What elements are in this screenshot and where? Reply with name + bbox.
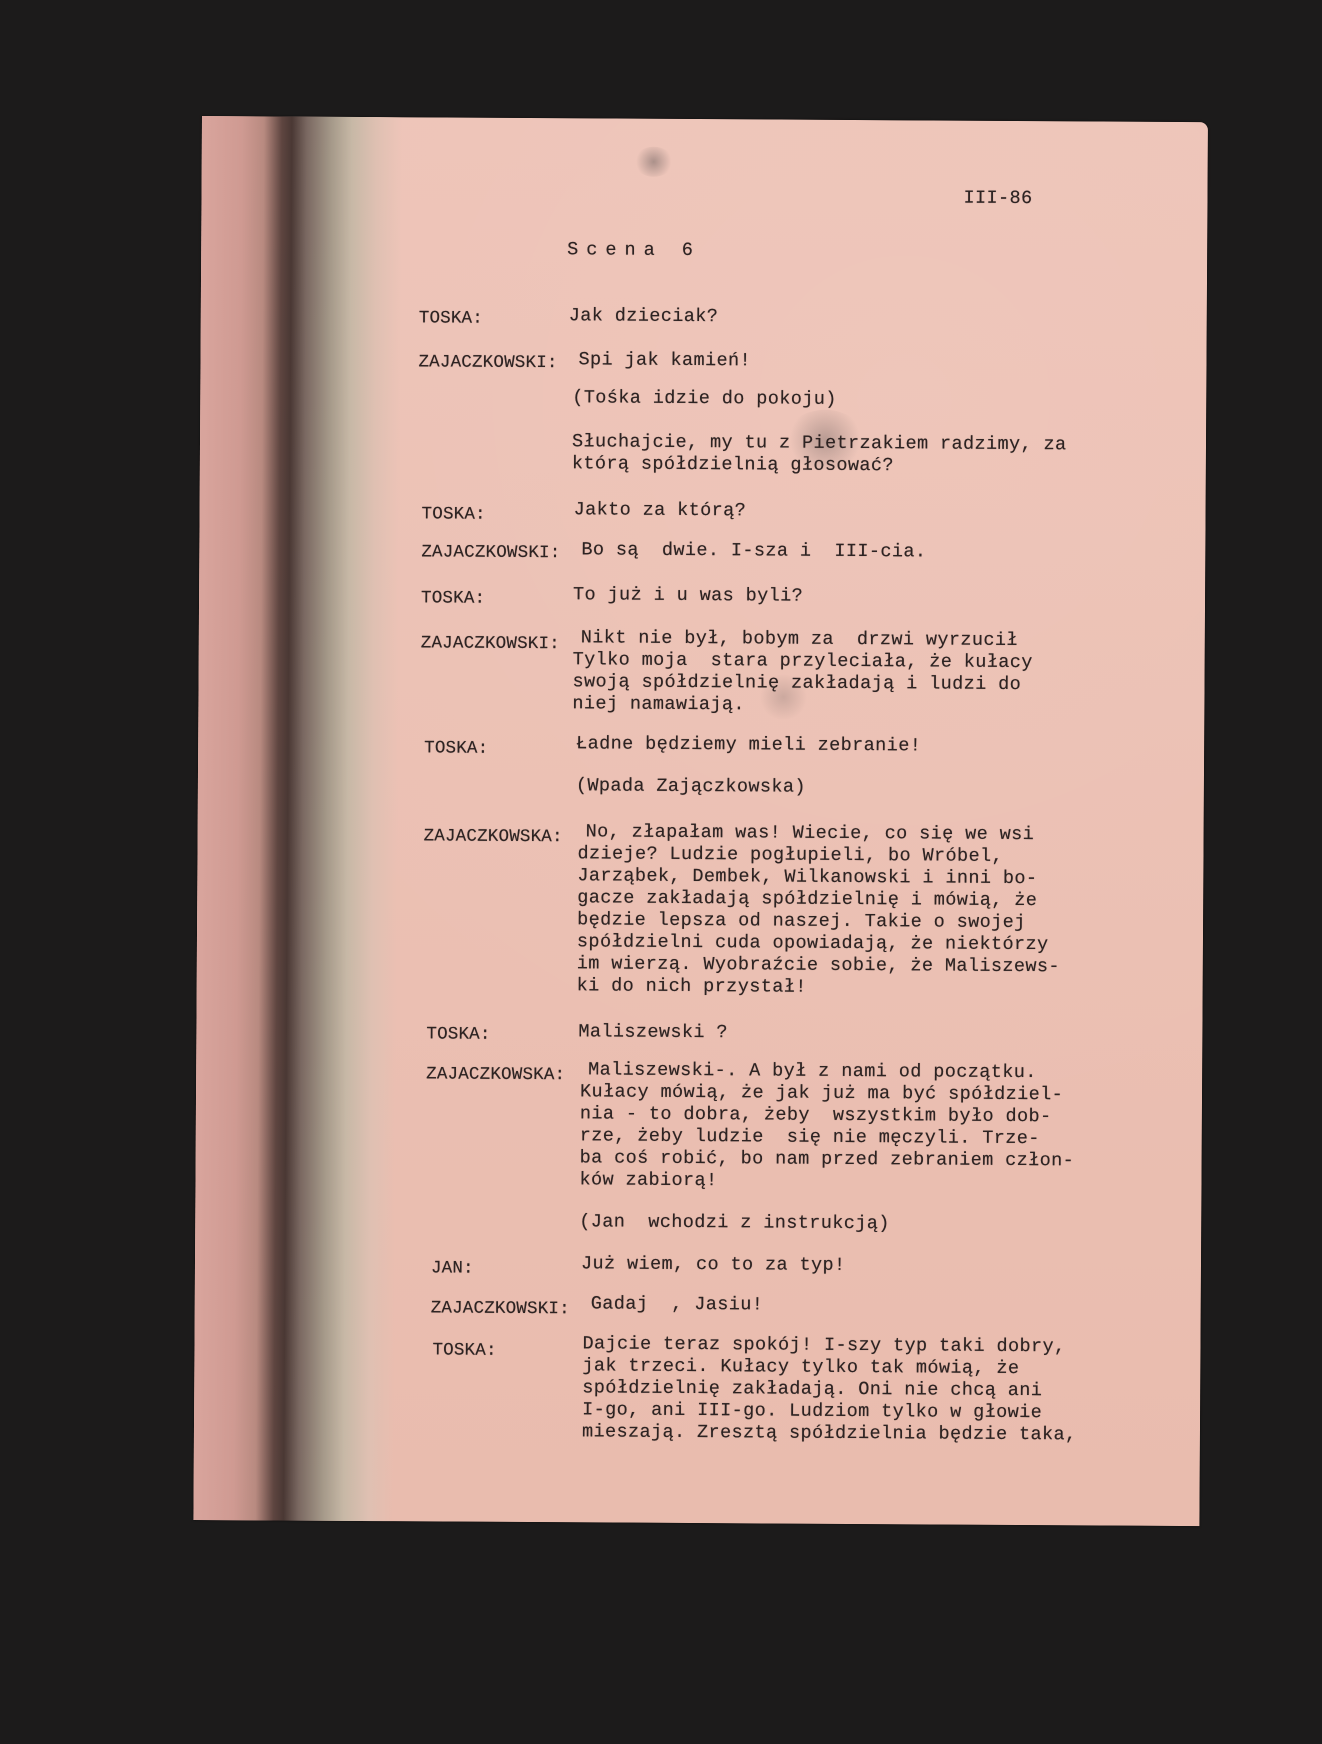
dialogue-line: Jakto za którą? [574, 498, 747, 522]
speaker-label: ZAJACZKOWSKI: [431, 1297, 570, 1321]
stage-direction: (Tośka idzie do pokoju) [572, 386, 837, 411]
dialogue-line: mieszają. Zresztą spółdzielnia będzie ta… [582, 1420, 1077, 1446]
speaker-label: ZAJACZKOWSKA: [426, 1063, 565, 1087]
dialogue-line: Gadaj , Jasiu! [591, 1292, 764, 1316]
page-number: III-86 [963, 187, 1032, 210]
speaker-label: TOSKA: [421, 503, 485, 526]
speaker-label: TOSKA: [426, 1023, 490, 1046]
dialogue-line: ków zabiorą! [579, 1168, 717, 1192]
speaker-label: TOSKA: [419, 307, 483, 330]
dialogue-line: Już wiem, co to za typ! [581, 1252, 846, 1277]
stage-direction: (Wpada Zajączkowska) [576, 774, 806, 798]
dialogue-line: niej namawiają. [572, 692, 745, 716]
dialogue-line: Maliszewski ? [578, 1020, 728, 1044]
speaker-label: ZAJACZKOWSKA: [424, 825, 563, 849]
speaker-label: TOSKA: [432, 1339, 496, 1362]
speaker-label: TOSKA: [421, 587, 485, 610]
stage-direction: (Jan wchodzi z instrukcją) [579, 1210, 890, 1235]
binding-shadow [193, 116, 402, 1521]
speaker-label: JAN: [431, 1257, 474, 1280]
speaker-label: TOSKA: [424, 737, 488, 760]
speaker-label: ZAJACZKOWSKI: [421, 632, 560, 656]
typewritten-page: III-86 Scena 6 TOSKA: Jak dzieciak? ZAJA… [193, 116, 1208, 1526]
scene-title: Scena 6 [567, 238, 701, 262]
dialogue-line: Spi jak kamień! [578, 348, 751, 372]
speaker-label: ZAJACZKOWSKI: [421, 541, 560, 565]
dialogue-line: ki do nich przystał! [577, 974, 807, 998]
dialogue-line: Ładne będziemy mieli zebranie! [576, 732, 921, 757]
dialogue-line: To już i u was byli? [573, 583, 803, 607]
ink-smudge [634, 147, 674, 177]
dialogue-line: Jak dzieciak? [569, 304, 719, 328]
dialogue-line: Bo są dwie. I-sza i III-cia. [581, 538, 926, 563]
speaker-label: ZAJACZKOWSKI: [418, 351, 557, 375]
dialogue-line: którą spółdzielnią głosować? [572, 452, 894, 477]
